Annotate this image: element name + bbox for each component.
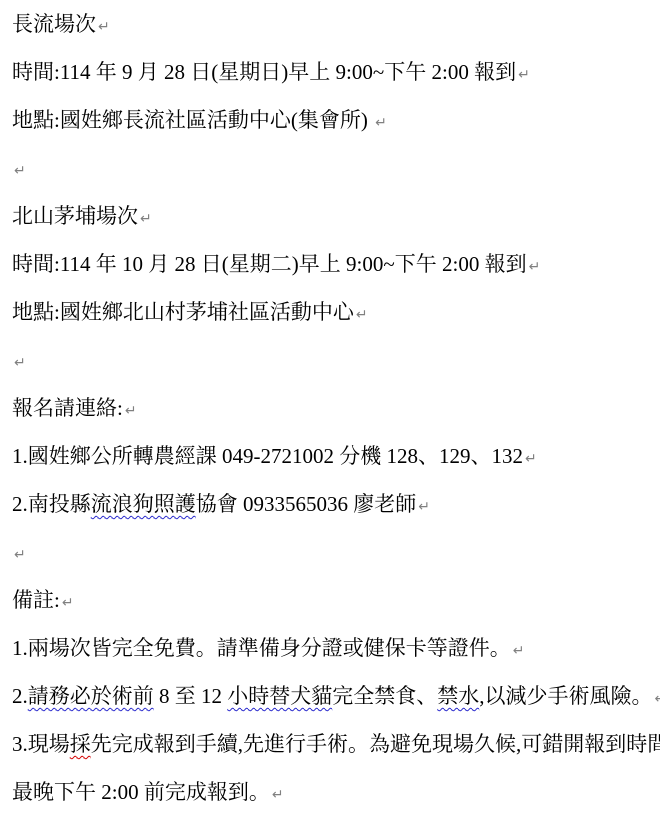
text-run: 完全禁食、 bbox=[332, 684, 437, 708]
paragraph-line: 長流場次↵ bbox=[0, 0, 660, 48]
paragraph-line: 2.請務必於術前 8 至 12 小時替犬貓完全禁食、禁水,以減少手術風險。↵ bbox=[0, 672, 660, 720]
pilcrow-mark-icon: ↵ bbox=[418, 499, 430, 515]
grammar-squiggle-text: 禁水 bbox=[437, 684, 479, 708]
document-page: 長流場次↵時間:114 年 9 月 28 日(星期日)早上 9:00~下午 2:… bbox=[0, 0, 660, 816]
grammar-squiggle-text: 小時替犬貓 bbox=[227, 684, 332, 708]
text-run: 地點:國姓鄉北山村茅埔社區活動中心 bbox=[12, 300, 354, 324]
text-run: 2.南投縣 bbox=[12, 492, 91, 516]
paragraph-line: ↵ bbox=[0, 528, 660, 576]
spelling-squiggle-text: 採 bbox=[70, 732, 91, 756]
pilcrow-mark-icon: ↵ bbox=[655, 691, 660, 707]
grammar-squiggle-text: 請務必於術前 bbox=[28, 684, 154, 708]
paragraph-line: 地點:國姓鄉北山村茅埔社區活動中心↵ bbox=[0, 288, 660, 336]
pilcrow-mark-icon: ↵ bbox=[375, 115, 387, 131]
pilcrow-mark-icon: ↵ bbox=[98, 19, 110, 35]
text-run: 1.兩場次皆完全免費。請準備身分證或健保卡等證件。 bbox=[12, 636, 511, 660]
text-run: 先完成報到手續,先進行手術。為避免現場久候,可錯開報到時間, bbox=[91, 732, 660, 756]
text-run: 時間:114 年 9 月 28 日(星期日)早上 9:00~下午 2:00 報到 bbox=[12, 60, 516, 84]
paragraph-line: 1.兩場次皆完全免費。請準備身分證或健保卡等證件。↵ bbox=[0, 624, 660, 672]
paragraph-line: 2.南投縣流浪狗照護協會 0933565036 廖老師↵ bbox=[0, 480, 660, 528]
text-run: 地點:國姓鄉長流社區活動中心(集會所) bbox=[12, 108, 373, 132]
paragraph-line: 時間:114 年 10 月 28 日(星期二)早上 9:00~下午 2:00 報… bbox=[0, 240, 660, 288]
paragraph-line: ↵ bbox=[0, 144, 660, 192]
text-run: 北山茅埔場次 bbox=[12, 204, 138, 228]
pilcrow-mark-icon: ↵ bbox=[14, 547, 26, 563]
paragraph-line: 3.現場採先完成報到手續,先進行手術。為避免現場久候,可錯開報到時間, bbox=[0, 720, 660, 768]
pilcrow-mark-icon: ↵ bbox=[62, 595, 74, 611]
text-run: 8 至 12 bbox=[154, 684, 228, 708]
paragraph-line: 地點:國姓鄉長流社區活動中心(集會所) ↵ bbox=[0, 96, 660, 144]
grammar-squiggle-text: 流浪狗照護 bbox=[91, 492, 196, 516]
document-body[interactable]: 長流場次↵時間:114 年 9 月 28 日(星期日)早上 9:00~下午 2:… bbox=[0, 0, 660, 816]
text-run: 時間:114 年 10 月 28 日(星期二)早上 9:00~下午 2:00 報… bbox=[12, 252, 527, 276]
pilcrow-mark-icon: ↵ bbox=[356, 307, 368, 323]
text-run: 協會 0933565036 廖老師 bbox=[196, 492, 417, 516]
text-run: 1.國姓鄉公所轉農經課 049-2721002 分機 128、129、132 bbox=[12, 444, 523, 468]
pilcrow-mark-icon: ↵ bbox=[513, 643, 525, 659]
text-run: ,以減少手術風險。 bbox=[479, 684, 652, 708]
pilcrow-mark-icon: ↵ bbox=[525, 451, 537, 467]
pilcrow-mark-icon: ↵ bbox=[518, 67, 530, 83]
paragraph-line: 備註:↵ bbox=[0, 576, 660, 624]
pilcrow-mark-icon: ↵ bbox=[529, 259, 541, 275]
pilcrow-mark-icon: ↵ bbox=[125, 403, 137, 419]
text-run: 長流場次 bbox=[12, 12, 96, 36]
text-run: 2. bbox=[12, 684, 28, 708]
paragraph-line: 時間:114 年 9 月 28 日(星期日)早上 9:00~下午 2:00 報到… bbox=[0, 48, 660, 96]
text-run: 備註: bbox=[12, 588, 60, 612]
pilcrow-mark-icon: ↵ bbox=[14, 355, 26, 371]
paragraph-line: ↵ bbox=[0, 336, 660, 384]
text-run: 3.現場 bbox=[12, 732, 70, 756]
text-run: 最晚下午 2:00 前完成報到。 bbox=[12, 780, 270, 804]
paragraph-line: 最晚下午 2:00 前完成報到。↵ bbox=[0, 768, 660, 816]
text-run: 報名請連絡: bbox=[12, 396, 123, 420]
pilcrow-mark-icon: ↵ bbox=[14, 163, 26, 179]
pilcrow-mark-icon: ↵ bbox=[140, 211, 152, 227]
pilcrow-mark-icon: ↵ bbox=[272, 787, 284, 803]
paragraph-line: 北山茅埔場次↵ bbox=[0, 192, 660, 240]
paragraph-line: 1.國姓鄉公所轉農經課 049-2721002 分機 128、129、132↵ bbox=[0, 432, 660, 480]
paragraph-line: 報名請連絡:↵ bbox=[0, 384, 660, 432]
